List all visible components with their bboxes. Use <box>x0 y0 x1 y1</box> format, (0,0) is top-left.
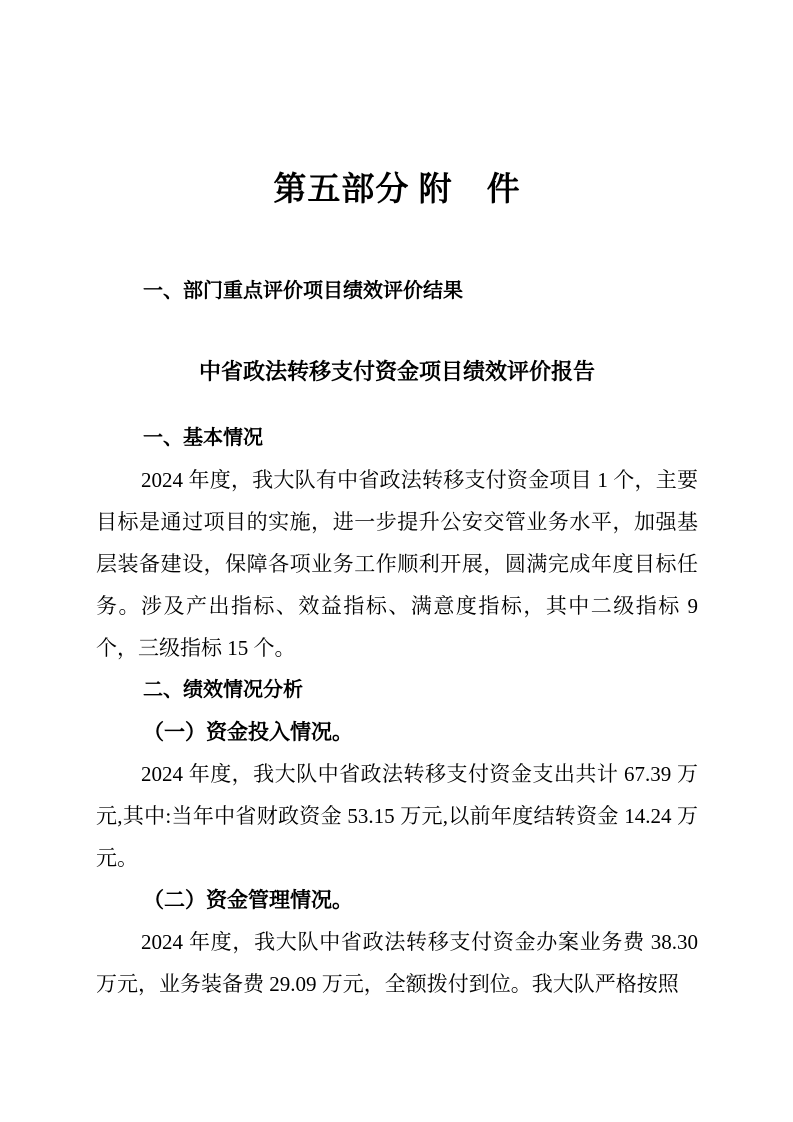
section-2-2-heading: （二）资金管理情况。 <box>96 879 698 921</box>
document-page: 第五部分 附 件 一、部门重点评价项目绩效评价结果 中省政法转移支付资金项目绩效… <box>0 0 793 1122</box>
report-body: 一、基本情况 2024 年度，我大队有中省政法转移支付资金项目 1 个，主要目标… <box>96 417 698 1005</box>
section-2-1-paragraph: 2024 年度，我大队中省政法转移支付资金支出共计 67.39 万元,其中:当年… <box>96 753 698 879</box>
result-heading: 一、部门重点评价项目绩效评价结果 <box>96 270 698 312</box>
part-title: 第五部分 附 件 <box>96 172 698 208</box>
section-2-1-heading: （一）资金投入情况。 <box>96 711 698 753</box>
report-title: 中省政法转移支付资金项目绩效评价报告 <box>96 351 698 393</box>
section-1-paragraph: 2024 年度，我大队有中省政法转移支付资金项目 1 个，主要目标是通过项目的实… <box>96 459 698 669</box>
section-2-2-paragraph: 2024 年度，我大队中省政法转移支付资金办案业务费 38.30 万元，业务装备… <box>96 921 698 1005</box>
document-content: 第五部分 附 件 一、部门重点评价项目绩效评价结果 中省政法转移支付资金项目绩效… <box>0 172 793 1005</box>
section-2-heading: 二、绩效情况分析 <box>96 669 698 711</box>
section-1-heading: 一、基本情况 <box>96 417 698 459</box>
